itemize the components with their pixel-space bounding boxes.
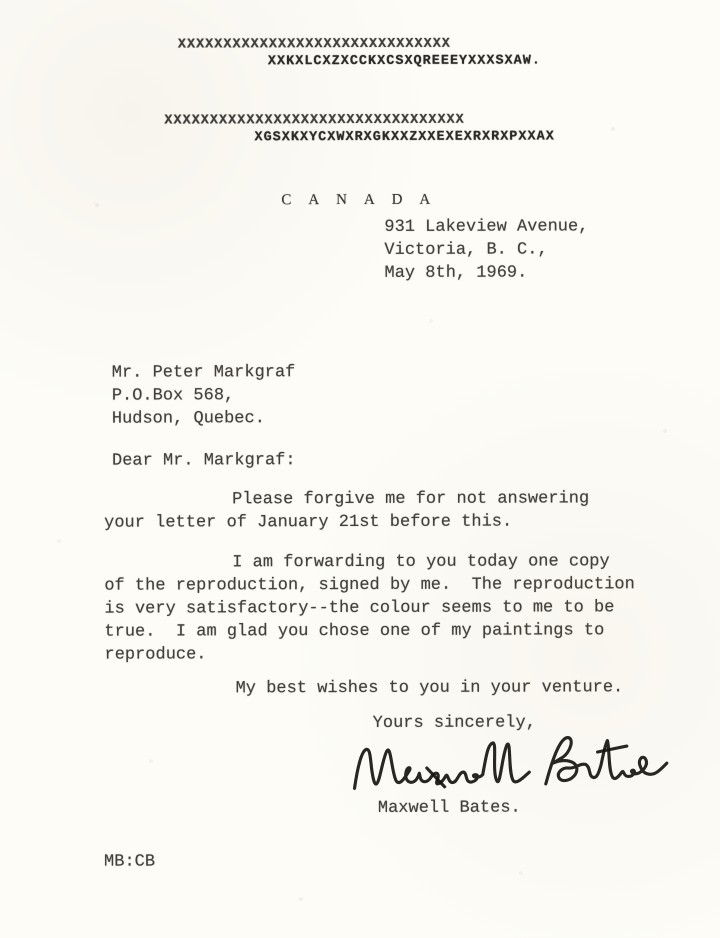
paragraph-1-line: your letter of January 21st before this.	[104, 510, 589, 534]
sender-street: 931 Lakeview Avenue,	[384, 215, 588, 239]
typed-signature-name: Maxwell Bates.	[378, 797, 521, 820]
paragraph-2: I am forwarding to you today one copy of…	[104, 550, 635, 666]
recipient-name: Mr. Peter Markgraf	[112, 361, 296, 384]
letterhead-line1-text: XXKXLCXZXCCKXCSXQREEEYXXXSXAW.	[268, 54, 541, 70]
sender-address-block: 931 Lakeview Avenue, Victoria, B. C., Ma…	[384, 215, 588, 285]
paragraph-2-line: is very satisfactory--the colour seems t…	[104, 596, 635, 620]
recipient-address-block: Mr. Peter Markgraf P.O.Box 568, Hudson, …	[112, 361, 296, 430]
sender-city: Victoria, B. C.,	[384, 238, 588, 262]
letterhead-struck-line-1: XXKXLCXZXCCKXCSXQREEEYXXXSXAW. XXXXXXXXX…	[0, 32, 719, 110]
reference-initials: MB:CB	[104, 851, 155, 874]
letter-date: May 8th, 1969.	[384, 261, 588, 285]
paragraph-1: Please forgive me for not answering your…	[104, 487, 589, 534]
letterhead-line1-overstrike: XXXXXXXXXXXXXXXXXXXXXXXXXXXXXX	[178, 34, 451, 54]
paragraph-1-line: Please forgive me for not answering	[104, 487, 589, 511]
paragraph-2-line: of the reproduction, signed by me. The r…	[104, 573, 635, 597]
letterhead-struck-line-2: XGSXKXYCXWXRXGKXXZXXEXEXRXRXPXXAX XXXXXX…	[0, 108, 719, 186]
recipient-pobox: P.O.Box 568,	[112, 384, 296, 407]
salutation: Dear Mr. Markgraf:	[112, 449, 296, 472]
recipient-city: Hudson, Quebec.	[112, 407, 296, 430]
letterhead-line2-overstrike: XXXXXXXXXXXXXXXXXXXXXXXXXXXXXXXXX	[164, 110, 464, 130]
letterhead-country: C A N A D A	[0, 191, 719, 210]
letterhead: XXKXLCXZXCCKXCSXQREEEYXXXSXAW. XXXXXXXXX…	[0, 32, 719, 210]
letter-page: XXKXLCXZXCCKXCSXQREEEYXXXSXAW. XXXXXXXXX…	[0, 0, 720, 938]
signature-stroke-t-crossbar	[597, 746, 626, 752]
letterhead-line2-text: XGSXKXYCXWXRXGKXXZXXEXEXRXRXPXXAX	[254, 129, 554, 145]
paragraph-2-line: reproduce.	[104, 642, 635, 666]
handwritten-signature	[348, 725, 674, 800]
paragraph-3: My best wishes to you in your venture.	[236, 676, 624, 700]
letter-content: XXKXLCXZXCCKXCSXQREEEYXXXSXAW. XXXXXXXXX…	[0, 0, 720, 938]
paragraph-2-line: true. I am glad you chose one of my pain…	[104, 619, 635, 643]
signature-stroke-bates	[545, 735, 668, 784]
paragraph-2-line: I am forwarding to you today one copy	[104, 550, 635, 574]
paragraph-3-line: My best wishes to you in your venture.	[236, 676, 624, 700]
